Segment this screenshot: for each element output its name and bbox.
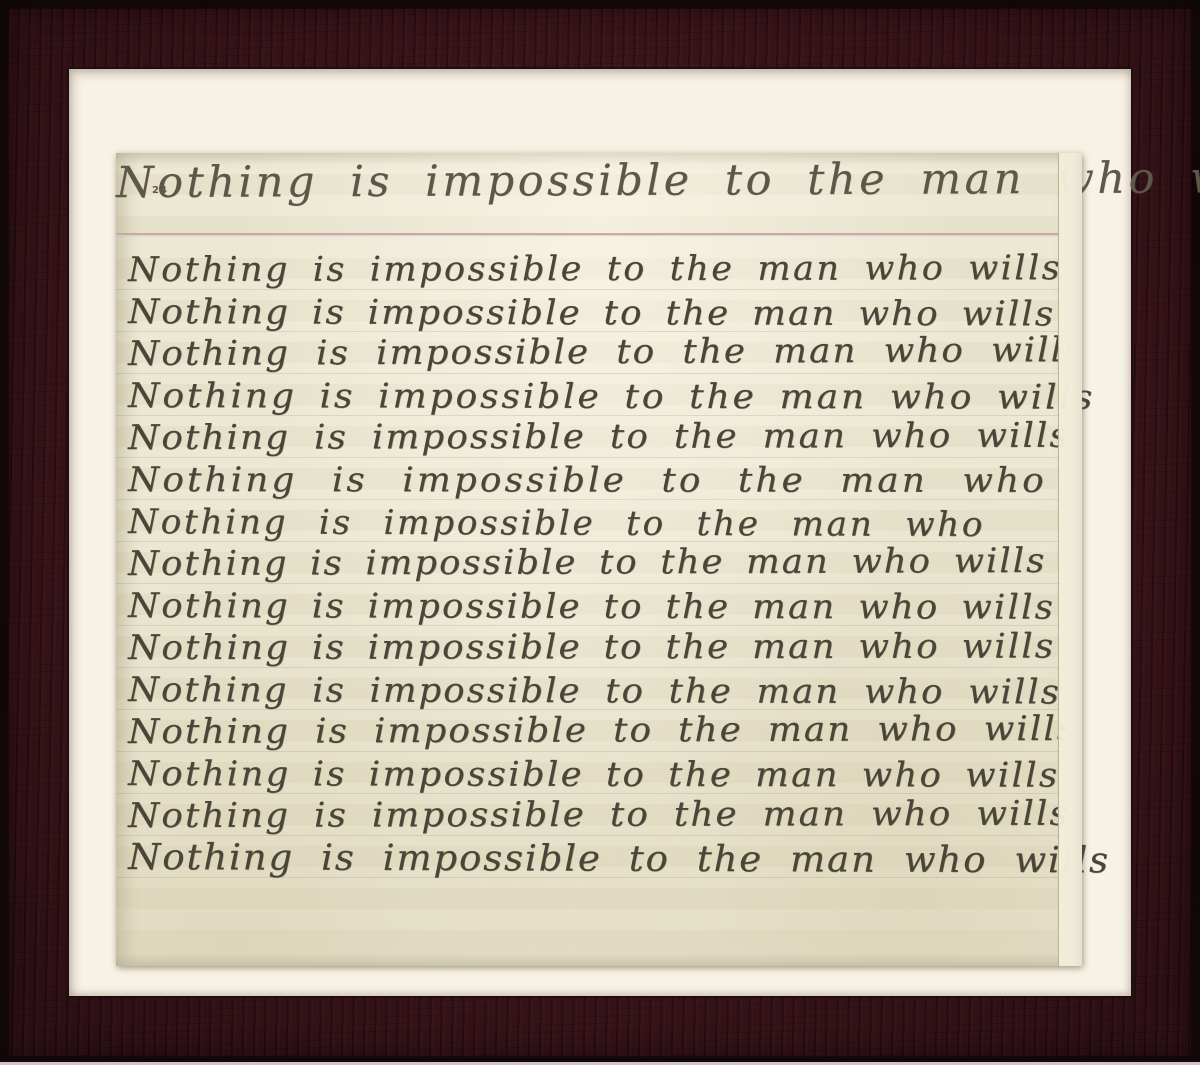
handwriting-line: Nothing is impossible to the man who wil… [128,585,1120,629]
handwriting-lines: Nothing is impossible to the man who wil… [116,249,1082,879]
framed-artwork-photo: 24 Nothing is impossible to the man who … [0,0,1200,1065]
handwriting-line: Nothing is impossible to the man who wil… [128,415,1130,459]
handwriting-line: Nothing is impossible to the man who [128,459,1130,502]
frame-outer-edge: 24 Nothing is impossible to the man who … [0,0,1200,1065]
handwriting-line: Nothing is impossible to the man who wil… [128,329,1130,375]
picture-frame: 24 Nothing is impossible to the man who … [7,7,1193,1058]
handwriting-line: Nothing is impossible to the man who wil… [128,625,1130,669]
handwriting-line: Nothing is impossible to the man who wil… [128,375,1139,419]
ruled-divider [116,233,1082,235]
manuscript-page: 24 Nothing is impossible to the man who … [116,153,1082,966]
handwriting-line: Nothing is impossible to the man who wil… [128,669,1120,713]
handwriting-line: Nothing is impossible to the man who wil… [128,708,1130,753]
handwriting-line: Nothing is impossible to the man who wil… [128,540,1120,585]
mat-board: 24 Nothing is impossible to the man who … [69,69,1131,996]
handwriting-line: Nothing is impossible to the man who wil… [128,753,1120,797]
underlying-sheet-edge [1058,153,1082,966]
handwriting-line: Nothing is impossible to the man who wil… [128,247,1111,291]
copybook-model-line: Nothing is impossible to the man who wil… [116,151,1082,211]
handwriting-line: Nothing is impossible to the man who wil… [128,793,1130,837]
handwriting-line: Nothing is impossible to the man who wil… [128,837,1111,882]
